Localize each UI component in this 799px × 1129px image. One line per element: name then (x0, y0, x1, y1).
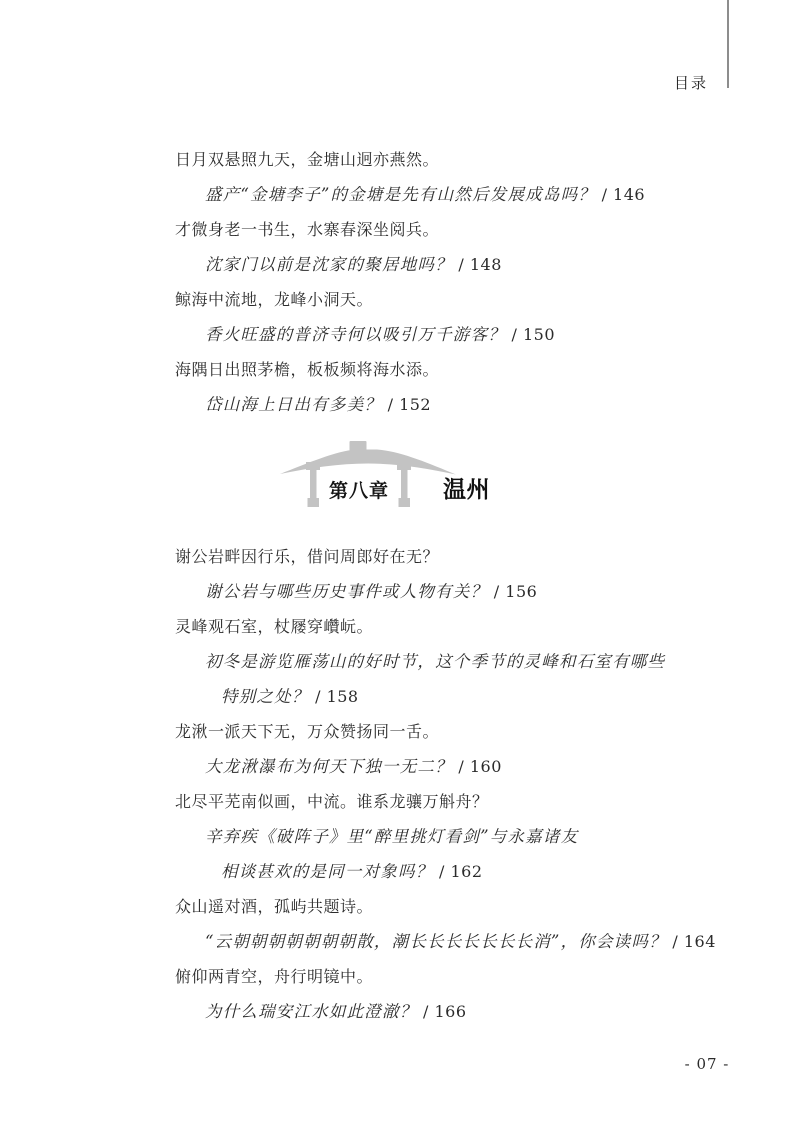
toc-entry-poem-line: 北尽平芜南似画，中流。谁系龙骧万斛舟？ (175, 784, 735, 819)
toc-entry-question-line: 沈家门以前是沈家的聚居地吗？ / 148 (175, 247, 735, 282)
toc-entry-page-number: / 148 (453, 255, 502, 274)
toc-entry-text: 岱山海上日出有多美？ (205, 395, 382, 414)
toc-entry-question-line: 大龙湫瀑布为何天下独一无二？ / 160 (175, 749, 735, 784)
toc-entry-text: 北尽平芜南似画，中流。谁系龙骧万斛舟？ (175, 792, 489, 811)
toc-entry-poem-line: 海隅日出照茅檐，板板频将海水添。 (175, 352, 735, 387)
toc-entry-question-line: 辛弃疾《破阵子》里“醉里挑灯看剑”与永嘉诸友 (175, 819, 735, 854)
toc-entry-text: 为什么瑞安江水如此澄澈？ (205, 1002, 417, 1021)
toc-entry-text: 辛弃疾《破阵子》里“醉里挑灯看剑”与永嘉诸友 (205, 827, 578, 846)
toc-section-wenzhou-entries: 谢公岩畔因行乐，借问周郎好在无？谢公岩与哪些历史事件或人物有关？ / 156灵峰… (175, 539, 735, 1029)
toc-entry-poem-line: 鲸海中流地，龙峰小洞天。 (175, 282, 735, 317)
header-vertical-rule (727, 0, 729, 88)
toc-entry-text: 香火旺盛的普济寺何以吸引万千游客？ (205, 325, 506, 344)
toc-entry-text: 盛产“金塘李子”的金塘是先有山然后发展成岛吗？ (205, 185, 596, 204)
chapter-number-label: 第八章 (329, 476, 389, 503)
toc-entry-page-number: / 164 (667, 932, 716, 951)
toc-entry-poem-line: 谢公岩畔因行乐，借问周郎好在无？ (175, 539, 735, 574)
toc-entry-text: 大龙湫瀑布为何天下独一无二？ (205, 757, 453, 776)
toc-entry-text: 鲸海中流地，龙峰小洞天。 (175, 290, 373, 309)
toc-entry-question-line: 为什么瑞安江水如此澄澈？ / 166 (175, 994, 735, 1029)
toc-entry-text: 沈家门以前是沈家的聚居地吗？ (205, 255, 453, 274)
toc-entry-question-line: 谢公岩与哪些历史事件或人物有关？ / 156 (175, 574, 735, 609)
toc-entry-page-number: / 166 (417, 1002, 466, 1021)
chapter-title: 温州 (443, 471, 490, 504)
toc-entry-question-line: “云朝朝朝朝朝朝朝散，潮长长长长长长长消”，你会读吗？ / 164 (175, 924, 735, 959)
toc-entry-text: 灵峰观石室，杖屦穿巑岏。 (175, 617, 373, 636)
toc-entry-page-number: / 158 (310, 687, 359, 706)
toc-entry-question-line: 岱山海上日出有多美？ / 152 (175, 387, 735, 422)
toc-entry-page-number: / 162 (433, 862, 482, 881)
toc-entry-page-number: / 160 (453, 757, 502, 776)
toc-entry-question-line: 特别之处？ / 158 (175, 679, 735, 714)
toc-entry-poem-line: 灵峰观石室，杖屦穿巑岏。 (175, 609, 735, 644)
toc-entry-question-line: 相谈甚欢的是同一对象吗？ / 162 (175, 854, 735, 889)
toc-entry-text: 谢公岩与哪些历史事件或人物有关？ (205, 582, 488, 601)
toc-entry-page-number: / 152 (382, 395, 431, 414)
toc-entry-poem-line: 日月双悬照九天，金塘山迥亦燕然。 (175, 142, 735, 177)
toc-entry-page-number: / 156 (488, 582, 537, 601)
toc-entry-poem-line: 俯仰两青空，舟行明镜中。 (175, 959, 735, 994)
toc-entry-question-line: 香火旺盛的普济寺何以吸引万千游客？ / 150 (175, 317, 735, 352)
toc-section-zhoushan-entries: 日月双悬照九天，金塘山迥亦燕然。盛产“金塘李子”的金塘是先有山然后发展成岛吗？ … (175, 142, 735, 422)
toc-entry-question-line: 初冬是游览雁荡山的好时节，这个季节的灵峰和石室有哪些 (175, 644, 735, 679)
toc-entry-poem-line: 龙湫一派天下无，万众赞扬同一舌。 (175, 714, 735, 749)
toc-entry-text: 才微身老一书生，水寨春深坐阅兵。 (175, 220, 439, 239)
toc-entry-poem-line: 才微身老一书生，水寨春深坐阅兵。 (175, 212, 735, 247)
toc-entry-text: 相谈甚欢的是同一对象吗？ (221, 862, 433, 881)
toc-entry-page-number: / 150 (506, 325, 555, 344)
toc-entry-text: 谢公岩畔因行乐，借问周郎好在无？ (175, 547, 439, 566)
toc-entry-text: 特别之处？ (221, 687, 310, 706)
toc-entry-text: “云朝朝朝朝朝朝朝散，潮长长长长长长长消”，你会读吗？ (205, 932, 667, 951)
toc-entry-text: 海隅日出照茅檐，板板频将海水添。 (175, 360, 439, 379)
toc-entry-page-number: / 146 (596, 185, 645, 204)
toc-entry-text: 众山遥对酒，孤屿共题诗。 (175, 897, 373, 916)
toc-entry-text: 俯仰两青空，舟行明镜中。 (175, 967, 373, 986)
toc-entry-text: 龙湫一派天下无，万众赞扬同一舌。 (175, 722, 439, 741)
toc-entry-poem-line: 众山遥对酒，孤屿共题诗。 (175, 889, 735, 924)
toc-entry-text: 初冬是游览雁荡山的好时节，这个季节的灵峰和石室有哪些 (205, 652, 665, 671)
toc-entry-question-line: 盛产“金塘李子”的金塘是先有山然后发展成岛吗？ / 146 (175, 177, 735, 212)
chapter-heading: 第八章 温州 (278, 437, 598, 517)
running-head-toc-label: 目录 (674, 72, 708, 93)
book-toc-page: 目录 日月双悬照九天，金塘山迥亦燕然。盛产“金塘李子”的金塘是先有山然后发展成岛… (0, 0, 799, 1129)
footer-page-number: - 07 - (657, 1055, 757, 1073)
toc-entry-text: 日月双悬照九天，金塘山迥亦燕然。 (175, 150, 439, 169)
